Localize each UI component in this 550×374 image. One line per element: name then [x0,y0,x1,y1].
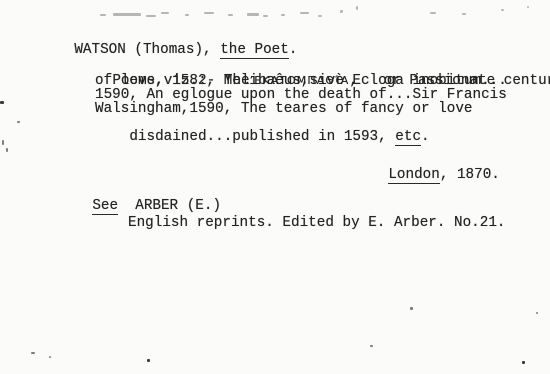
heading-period: . [289,42,298,58]
catalog-card: WATSON (Thomas), the Poet. Poems,viz.:- … [0,0,550,374]
title-line-5-pre: disdained...published in 1593, [129,129,395,145]
imprint-date: , 1870. [440,167,500,183]
imprint-line: London, 1870. [354,154,500,196]
etc-underlined: etc [395,129,421,146]
title-line-5: disdained...published in 1593, etc. [95,116,430,158]
heading-epithet-underlined: the Poet [220,42,289,59]
title-line-2: of love, 1582, Melibaêus,sivè Ecloga ino… [95,74,507,88]
see-underlined: See [92,198,118,215]
imprint-place-underlined: London [388,167,439,184]
heading-name: WATSON (Thomas), [74,42,220,58]
series-note-line: English reprints. Edited by E. Arber. No… [128,216,506,230]
see-reference-target: ARBER (E.) [118,198,221,214]
title-line-5-period: . [421,129,430,145]
title-line-3: 1590, An eglogue upon the death of...Sir… [95,88,507,102]
title-line-4: Walsingham,1590, The teares of fancy or … [95,102,473,116]
